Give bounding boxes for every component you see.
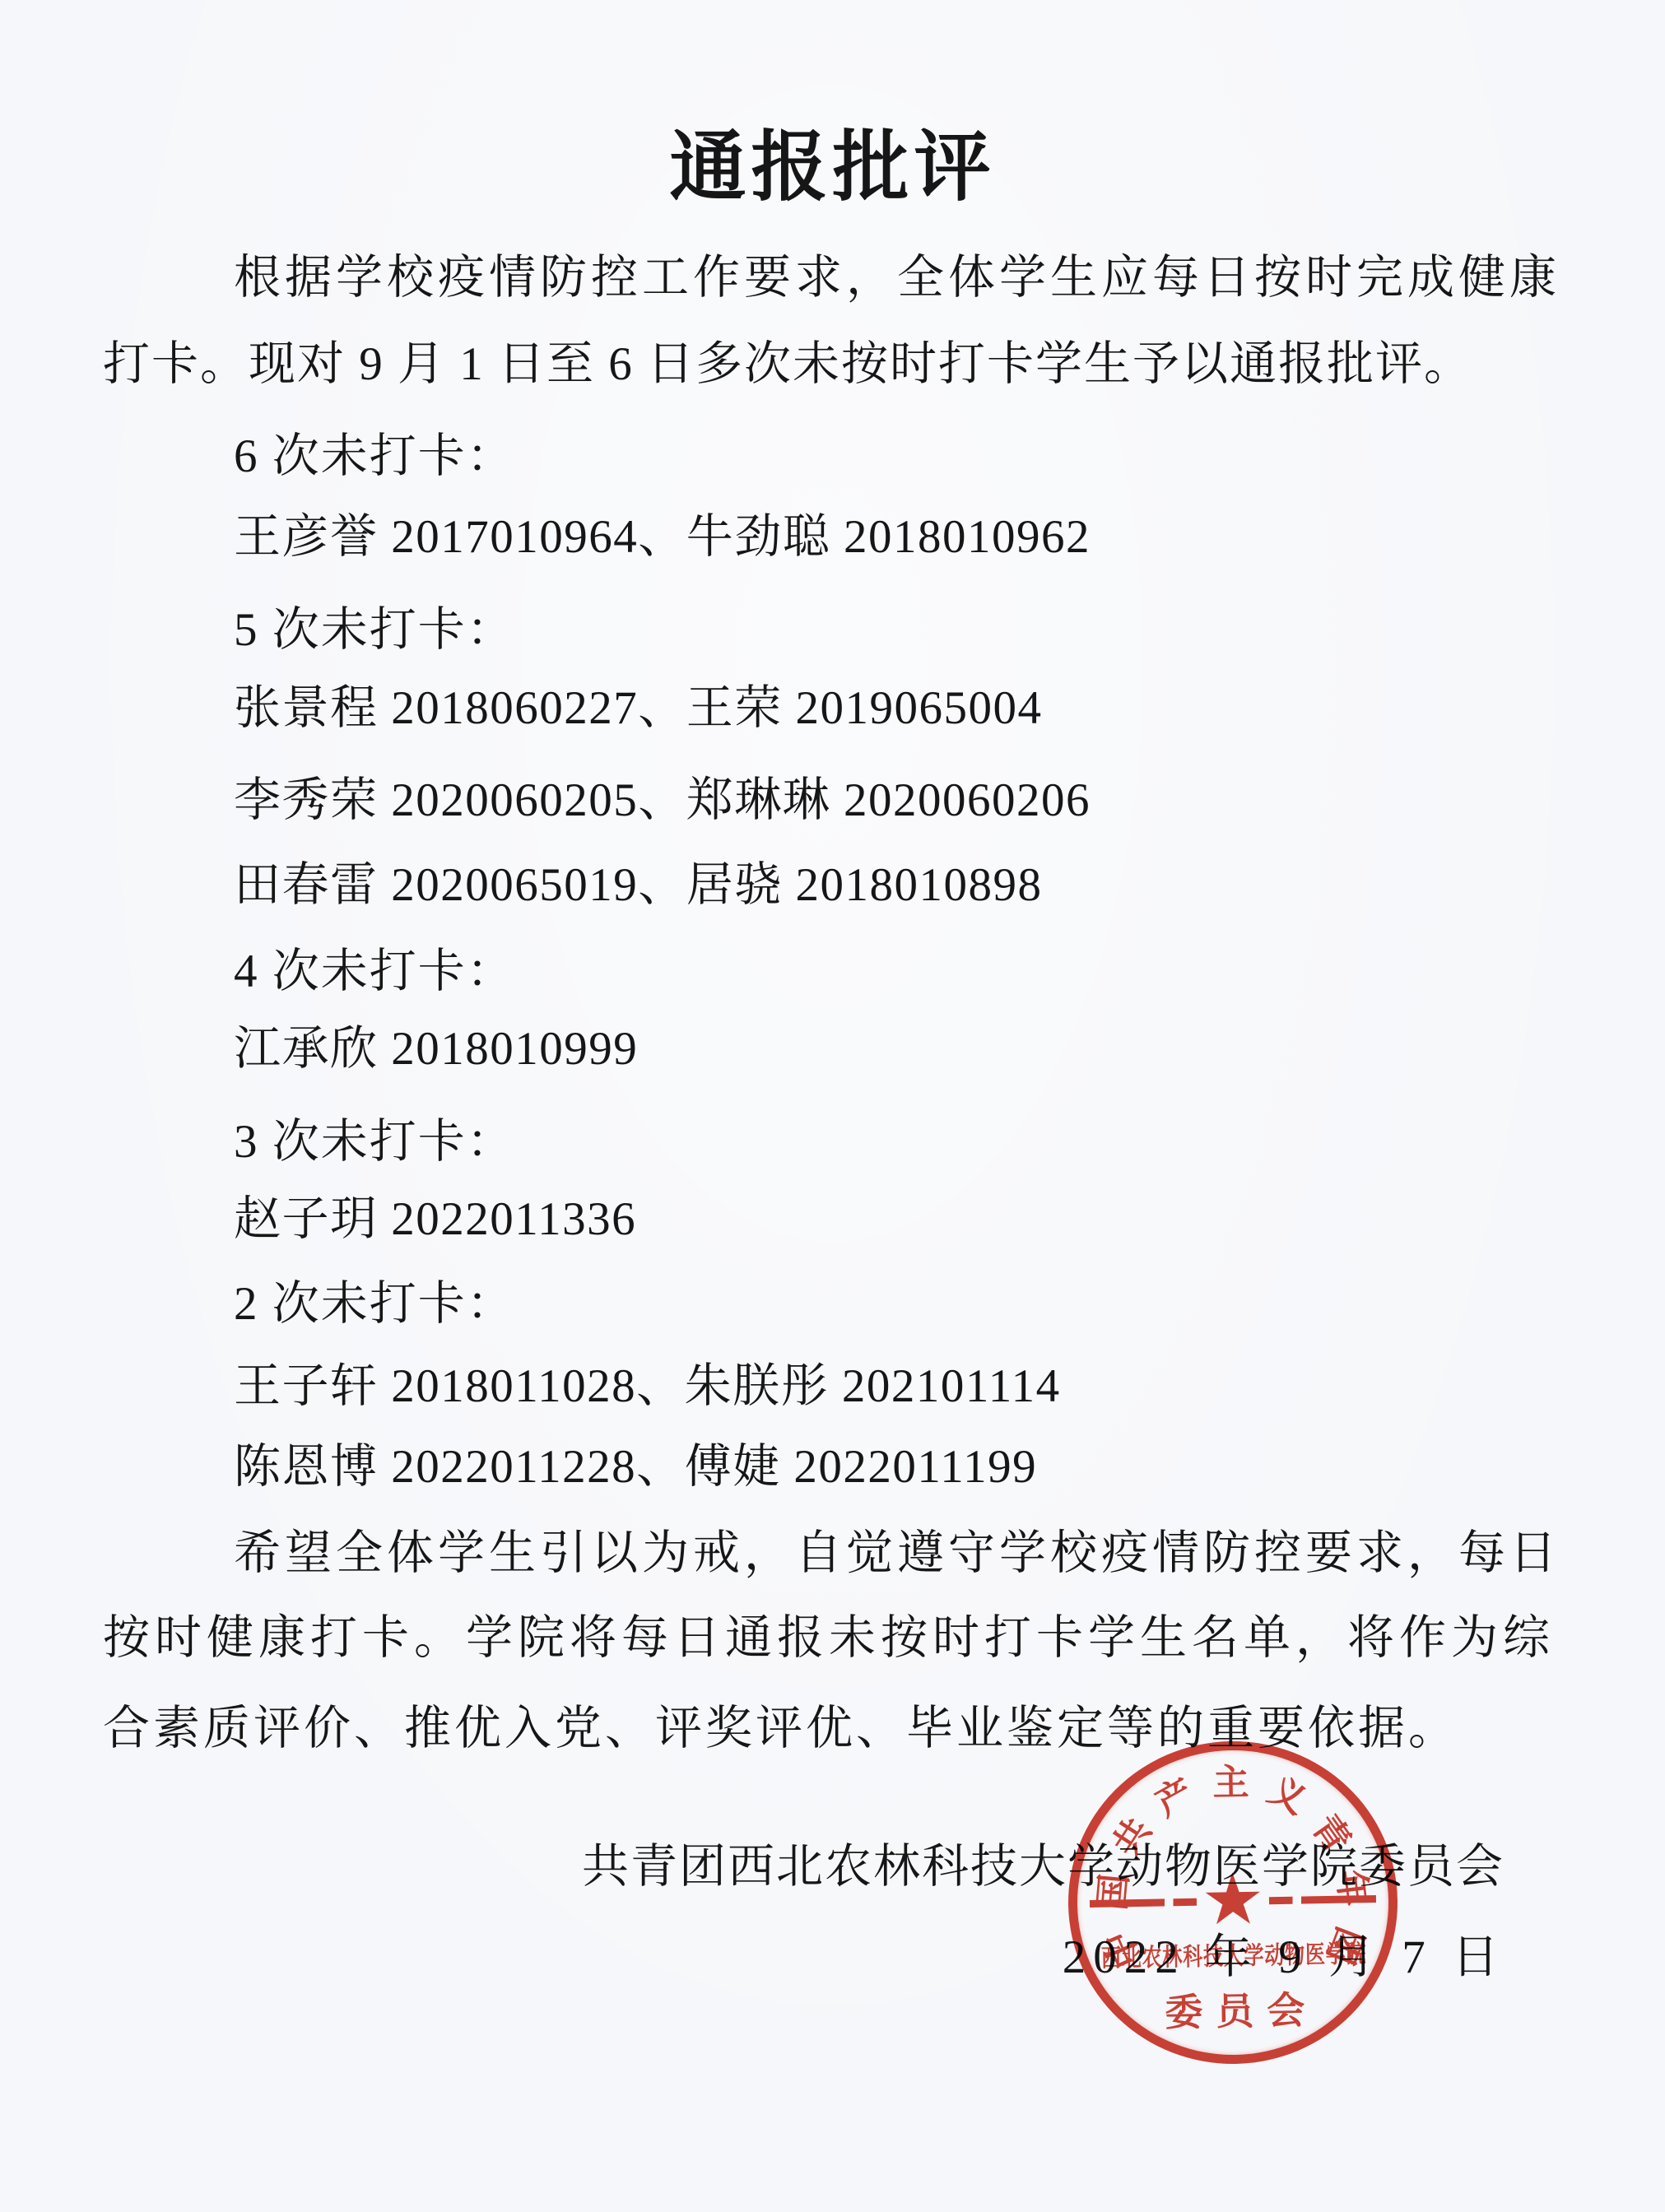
intro-line-2: 打卡。现对 9 月 1 日至 6 日多次未按时打卡学生予以通报批评。 — [103, 336, 1472, 393]
miss-4-names: 江承欣 2018010999 — [234, 1020, 638, 1078]
closing-line-2: 按时健康打卡。学院将每日通报未按时打卡学生名单，将作为综 — [103, 1610, 1555, 1667]
document-title: 通报批评 — [0, 105, 1665, 216]
miss-5-names-line-1: 张景程 2018060227、王荣 2019065004 — [234, 680, 1043, 737]
miss-3-names: 赵子玥 2022011336 — [234, 1191, 636, 1248]
miss-3-header: 3 次未打卡： — [234, 1113, 515, 1171]
seal-bottom-text: 委员会 — [1151, 1980, 1319, 2038]
closing-line-1: 希望全体学生引以为戒，自觉遵守学校疫情防控要求，每日 — [234, 1525, 1560, 1582]
miss-2-names-line-2: 陈恩博 2022011228、傅婕 2022011199 — [234, 1438, 1037, 1496]
miss-6-header: 6 次未打卡： — [234, 428, 515, 486]
document-page: 通报批评 根据学校疫情防控工作要求，全体学生应每日按时完成健康 打卡。现对 9 … — [0, 0, 1665, 2212]
miss-2-header: 2 次未打卡： — [234, 1276, 515, 1333]
seal-middle-text: 西北农林科技大学动物医学院 — [1101, 1933, 1367, 1974]
miss-5-names-line-3: 田春雷 2020065019、居骁 2018010898 — [234, 857, 1043, 914]
miss-6-names: 王彦誉 2017010964、牛劲聪 2018010962 — [234, 509, 1091, 566]
miss-5-names-line-2: 李秀荣 2020060205、郑琳琳 2020060206 — [234, 772, 1091, 829]
intro-line-1: 根据学校疫情防控工作要求，全体学生应每日按时完成健康 — [234, 249, 1560, 307]
miss-2-names-line-1: 王子轩 2018011028、朱朕彤 202101114 — [234, 1358, 1061, 1415]
official-seal: 中国共产主义青年团 ★ 西北农林科技大学动物医学院 委员会 — [1066, 1739, 1401, 2067]
miss-4-header: 4 次未打卡： — [234, 943, 515, 1001]
miss-5-header: 5 次未打卡： — [234, 602, 515, 659]
red-star-icon: ★ — [1201, 1864, 1266, 1935]
